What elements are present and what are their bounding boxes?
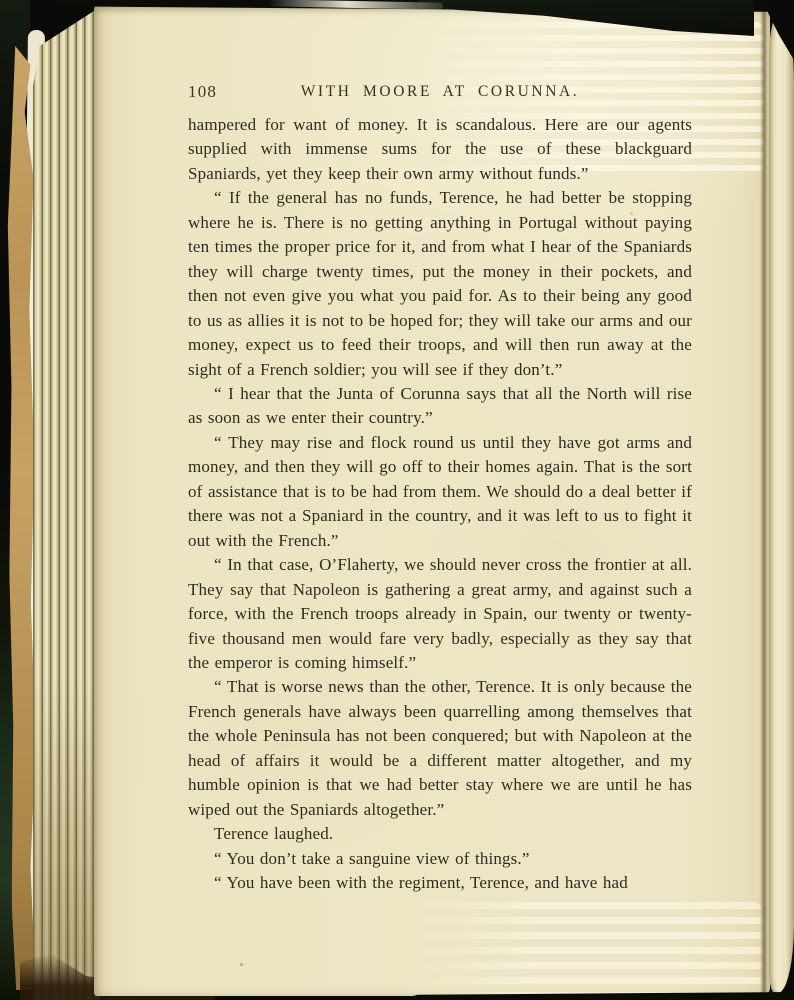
page-header: 108 WITH MOORE AT CORUNNA. ’: [188, 82, 692, 106]
scan-streaks-bottom: [410, 902, 762, 994]
paragraph: “ In that case, O’Flaherty, we should ne…: [188, 553, 692, 675]
paragraph: Terence laughed.: [188, 822, 692, 846]
paragraph: hampered for want of money. It is scanda…: [188, 113, 692, 186]
gutter-crease: [760, 6, 767, 996]
book-page: 108 WITH MOORE AT CORUNNA. ’ hampered fo…: [94, 6, 770, 996]
paragraph: “ You don’t take a sanguine view of thin…: [188, 847, 692, 871]
body-text: hampered for want of money. It is scanda…: [188, 113, 692, 896]
paragraph: “ If the general has no funds, Terence, …: [188, 186, 692, 382]
running-title: WITH MOORE AT CORUNNA.: [188, 83, 692, 101]
curled-page-edge: [769, 13, 794, 993]
paragraph: “ That is worse news than the other, Ter…: [188, 675, 692, 822]
book-scan-scene: 108 WITH MOORE AT CORUNNA. ’ hampered fo…: [0, 0, 794, 1000]
paragraph: “ I hear that the Junta of Corunna says …: [188, 382, 692, 431]
paragraph: “ They may rise and flock round us until…: [188, 431, 692, 553]
paragraph: “ You have been with the regiment, Teren…: [188, 871, 692, 895]
foxing-speck: [240, 963, 243, 966]
page-edge-stack: [33, 0, 100, 1000]
